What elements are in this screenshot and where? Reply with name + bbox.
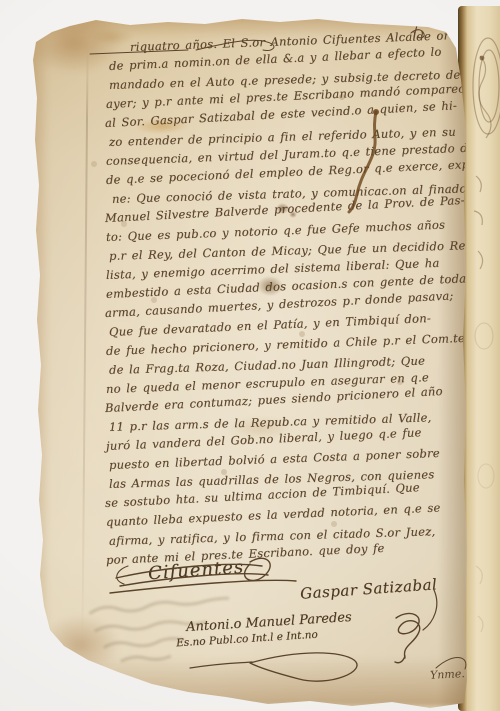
corner-stain-bottom-left bbox=[40, 615, 120, 675]
manuscript-photo: riquatro años. El S.or Antonio Cifuentes… bbox=[0, 0, 500, 711]
manuscript-text-block: riquatro años. El S.or Antonio Cifuentes… bbox=[106, 38, 468, 570]
manuscript-page: riquatro años. El S.or Antonio Cifuentes… bbox=[0, 0, 500, 711]
catchword: Ynme. bbox=[430, 667, 465, 682]
foxing-spots bbox=[0, 0, 4, 4]
paper-edge-left bbox=[24, 30, 50, 690]
